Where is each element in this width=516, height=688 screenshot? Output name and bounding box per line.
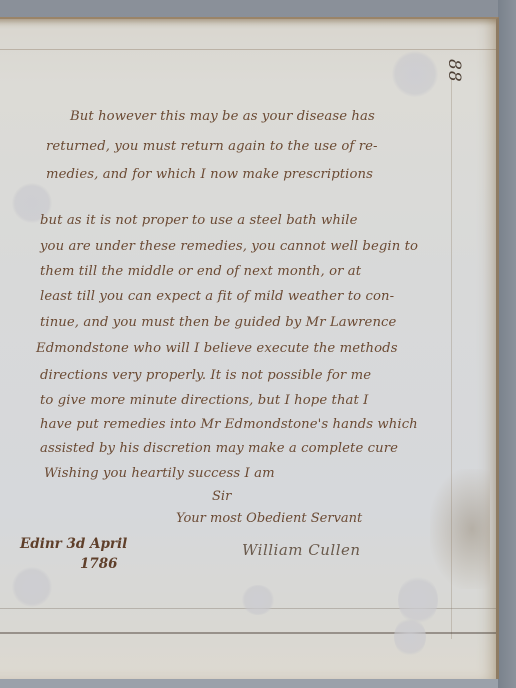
text-line: returned, you must return again to the u… bbox=[46, 139, 378, 154]
page-fold-line bbox=[0, 49, 496, 50]
text-line: But however this may be as your disease … bbox=[70, 109, 375, 124]
text-line: to give more minute directions, but I ho… bbox=[40, 393, 369, 408]
stain-mark-bottom-center bbox=[241, 585, 275, 615]
scanner-mat bbox=[498, 0, 516, 688]
text-line: Wishing you heartily success I am bbox=[44, 466, 275, 481]
stain-mark-top-right bbox=[392, 51, 438, 97]
document-scan: 88 But however this may be as your disea… bbox=[0, 0, 516, 688]
salutation: Sir bbox=[212, 489, 231, 504]
valediction: Your most Obedient Servant bbox=[176, 511, 362, 526]
text-line: medies, and for which I now make prescri… bbox=[46, 167, 373, 182]
dateline-year: 1786 bbox=[80, 556, 118, 572]
text-line: assisted by his discretion may make a co… bbox=[40, 441, 398, 456]
text-line: Edmondstone who will I believe execute t… bbox=[36, 341, 398, 356]
text-line: you are under these remedies, you cannot… bbox=[40, 239, 418, 254]
signature: William Cullen bbox=[242, 541, 361, 559]
text-line: least till you can expect a fit of mild … bbox=[40, 289, 394, 304]
text-line: have put remedies into Mr Edmondstone's … bbox=[40, 417, 418, 432]
letter-page: 88 But however this may be as your disea… bbox=[0, 17, 499, 679]
folio-number: 88 bbox=[444, 59, 464, 83]
stain-mark-bottom-right-2 bbox=[394, 617, 426, 657]
text-line: them till the middle or end of next mont… bbox=[40, 264, 361, 279]
text-line: but as it is not proper to use a steel b… bbox=[40, 213, 358, 228]
text-line: directions very properly. It is not poss… bbox=[40, 368, 371, 383]
stain-mark-bottom-left bbox=[12, 567, 52, 607]
water-stain bbox=[430, 469, 490, 589]
text-line: tinue, and you must then be guided by Mr… bbox=[40, 315, 396, 330]
dateline-place-date: Edinr 3d April bbox=[20, 536, 127, 552]
